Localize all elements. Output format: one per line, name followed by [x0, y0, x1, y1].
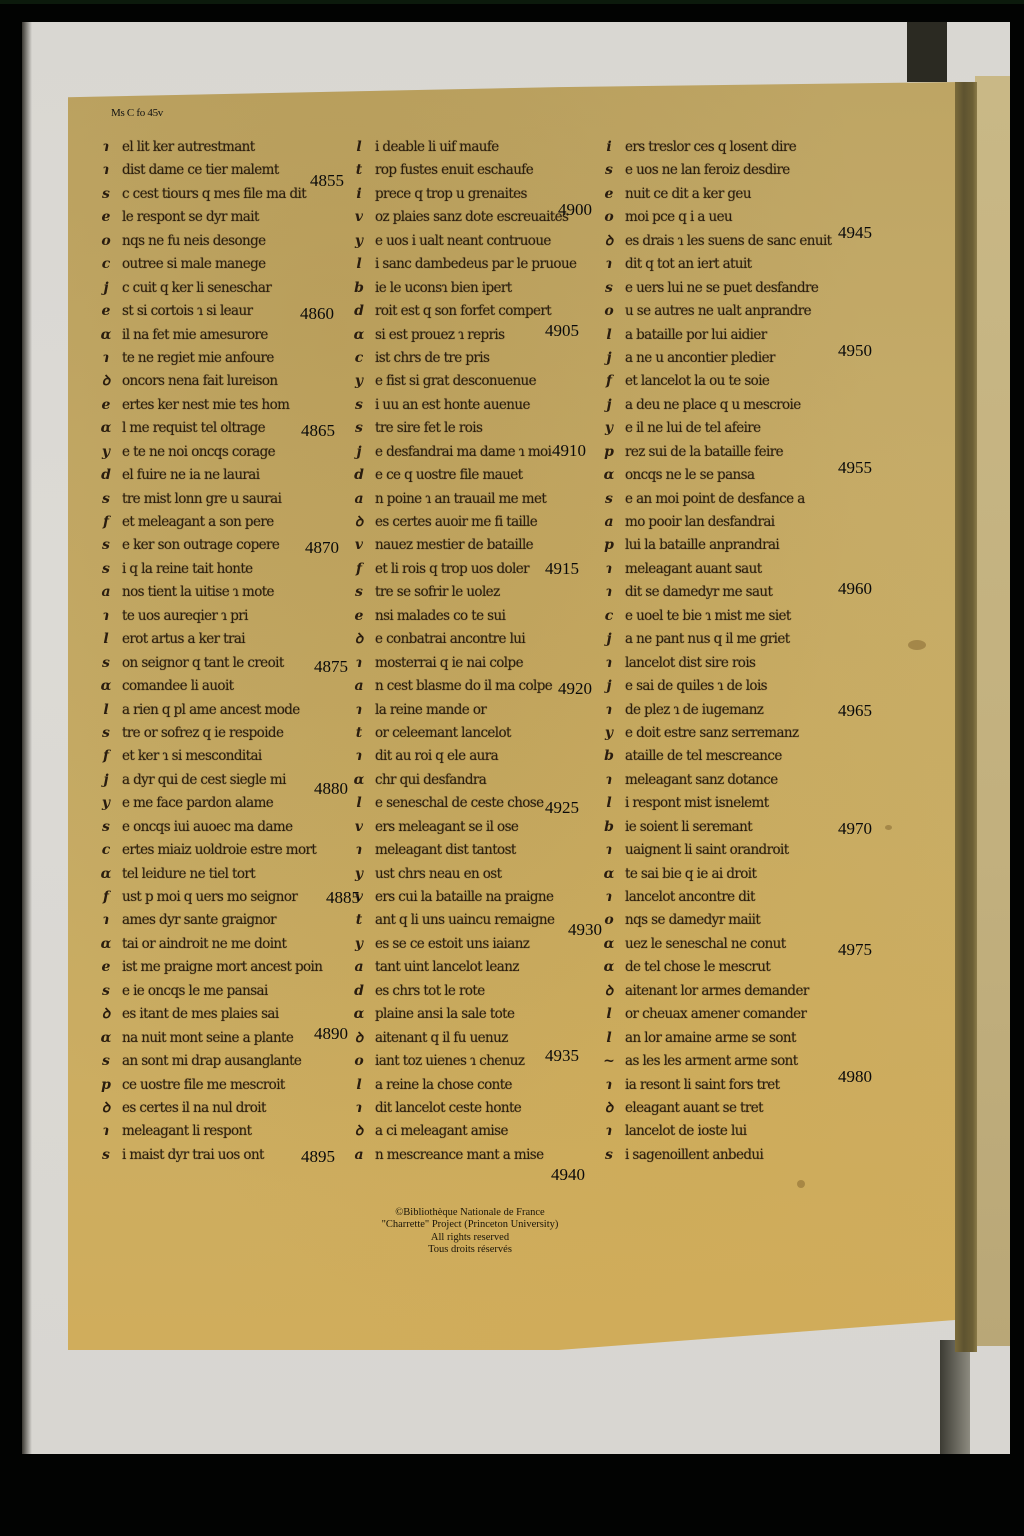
verse-line: se uos ne lan feroiz desdire	[600, 159, 830, 182]
verse-line: se uers lui ne se puet desfandre	[600, 277, 830, 300]
verse-initial: f	[97, 745, 115, 768]
copyright-notice: ©Bibliothèque Nationale de France "Charr…	[340, 1207, 600, 1256]
verse-initial: s	[97, 1144, 115, 1167]
verse-text: u se autres ne ualt anprandre	[625, 299, 811, 324]
verse-line: vnauez mestier de bataille	[350, 534, 590, 557]
verse-line: ꝺes certes il na nul droit	[97, 1097, 327, 1120]
verse-text: i q la reine tait honte	[122, 557, 253, 582]
verse-line: ꝺa ci meleagant amise	[350, 1120, 590, 1143]
verse-text: na nuit mont seine a plante	[122, 1026, 293, 1051]
verse-line: ja ne u ancontier pledier	[600, 347, 830, 370]
verse-text: e ie oncqs le me pansai	[122, 979, 268, 1004]
verse-initial: y	[350, 933, 368, 956]
verse-initial: ɿ	[350, 652, 368, 675]
binding-gutter	[955, 82, 977, 1352]
verse-line: si sagenoillent anbedui	[600, 1144, 830, 1167]
verse-line: eist me praigne mort ancest poin	[97, 956, 327, 979]
line-number: 4960	[838, 580, 872, 597]
verse-text: dit au roi q ele aura	[375, 745, 498, 770]
verse-line: cist chrs de tre pris	[350, 347, 590, 370]
verse-initial: e	[97, 394, 115, 417]
verse-line: si maist dyr trai uos ont	[97, 1144, 327, 1167]
verse-text: e ker son outrage copere	[122, 534, 279, 559]
verse-text: a reine la chose conte	[375, 1073, 512, 1098]
verse-line: omoi pce q i a ueu	[600, 206, 830, 229]
verse-line: je sai de quiles ɿ de lois	[600, 675, 830, 698]
line-number: 4930	[568, 921, 602, 938]
verse-text: tre or sofrez q ie respoide	[122, 721, 283, 746]
verse-initial: ꝺ	[97, 1003, 115, 1026]
verse-line: se oncqs iui auoec ma dame	[97, 816, 327, 839]
verse-text: ers cui la bataille na praigne	[375, 885, 553, 910]
verse-text: as les les arment arme sont	[625, 1049, 798, 1074]
verse-text: el lit ker autrestmant	[122, 135, 255, 160]
verse-line: bataille de tel mescreance	[600, 745, 830, 768]
line-number: 4935	[545, 1047, 579, 1064]
verse-initial: ꝺ	[350, 628, 368, 651]
copyright-line: ©Bibliothèque Nationale de France	[340, 1207, 600, 1219]
verse-initial: p	[600, 441, 618, 464]
verse-initial: b	[600, 745, 618, 768]
verse-text: e fist si grat desconuenue	[375, 370, 536, 395]
verse-initial: e	[97, 300, 115, 323]
verse-text: a ci meleagant amise	[375, 1120, 508, 1145]
verse-text: la reine mande or	[375, 698, 486, 723]
verse-initial: v	[350, 534, 368, 557]
verse-text: oncors nena fait lureison	[122, 370, 278, 395]
verse-line: fust p moi q uers mo seignor	[97, 886, 327, 909]
verse-text: oz plaies sanz dote escreuaites	[375, 206, 568, 231]
verse-initial: ɿ	[600, 769, 618, 792]
verse-initial: l	[600, 1003, 618, 1026]
verse-line: ɑtai or aindroit ne me doint	[97, 933, 327, 956]
verse-text: dit se damedyr me saut	[625, 581, 772, 606]
verse-line: vers meleagant se il ose	[350, 816, 590, 839]
verse-text: e il ne lui de tel afeire	[625, 417, 761, 442]
verse-text: nqs se damedyr maiit	[625, 909, 760, 934]
verse-initial: y	[600, 722, 618, 745]
verse-initial: a	[600, 511, 618, 534]
verse-initial: c	[97, 839, 115, 862]
verse-text: ust p moi q uers mo seignor	[122, 885, 297, 910]
line-number: 4920	[558, 680, 592, 697]
verse-initial: j	[600, 675, 618, 698]
verse-initial: f	[97, 511, 115, 534]
verse-line: se ie oncqs le me pansai	[97, 980, 327, 1003]
verse-initial: s	[97, 980, 115, 1003]
line-number: 4855	[310, 172, 344, 189]
verse-text: roit est q son forfet compert	[375, 299, 551, 324]
verse-initial: a	[97, 581, 115, 604]
line-number: 4865	[301, 422, 335, 439]
verse-text: n cest blasme do il ma colpe	[375, 674, 552, 699]
verse-line: ɿdit q tot an iert atuit	[600, 253, 830, 276]
verse-line: de ce q uostre file mauet	[350, 464, 590, 487]
verse-line: iers treslor ces q losent dire	[600, 136, 830, 159]
verse-line: lor cheuax amener comander	[600, 1003, 830, 1026]
verse-line: lan lor amaine arme se sont	[600, 1027, 830, 1050]
verse-text: te sai bie q ie ai droit	[625, 862, 756, 887]
verse-initial: j	[600, 347, 618, 370]
verse-text: iant toz uienes ɿ chenuz	[375, 1049, 524, 1074]
verse-initial: s	[350, 417, 368, 440]
verse-line: an mescreance mant a mise	[350, 1144, 590, 1167]
verse-line: san sont mi drap ausanglante	[97, 1050, 327, 1073]
verse-initial: l	[350, 1074, 368, 1097]
verse-text: e desfandrai ma dame ɿ moi	[375, 440, 551, 465]
verse-initial: ɿ	[600, 886, 618, 909]
verse-line: tor celeemant lancelot	[350, 722, 590, 745]
verse-line: ɿmeleagant li respont	[97, 1120, 327, 1143]
verse-line: ɑchr qui desfandra	[350, 769, 590, 792]
verse-line: ɿmosterrai q ie nai colpe	[350, 652, 590, 675]
verse-initial: f	[600, 370, 618, 393]
verse-line: ce uoel te bie ɿ mist me siet	[600, 605, 830, 628]
verse-initial: ꝺ	[600, 230, 618, 253]
verse-line: ɑoncqs ne le se pansa	[600, 464, 830, 487]
verse-text: ce uostre file me mescroit	[122, 1073, 285, 1098]
verse-line: ɿames dyr sante graignor	[97, 909, 327, 932]
verse-initial: s	[97, 534, 115, 557]
verse-initial: ɑ	[97, 863, 115, 886]
verse-line: ɿdit se damedyr me saut	[600, 581, 830, 604]
verse-text: tel leidure ne tiel tort	[122, 862, 255, 887]
verse-text: ames dyr sante graignor	[122, 909, 276, 934]
verse-initial: j	[97, 277, 115, 300]
verse-initial: ɿ	[350, 745, 368, 768]
verse-initial: ɿ	[97, 1120, 115, 1143]
verse-text: ia resont li saint fors tret	[625, 1073, 780, 1098]
verse-initial: b	[600, 816, 618, 839]
verse-initial: d	[350, 980, 368, 1003]
verse-text: e conbatrai ancontre lui	[375, 628, 525, 653]
verse-text: e doit estre sanz serremanz	[625, 721, 799, 746]
verse-text: e uos ne lan feroiz desdire	[625, 159, 790, 184]
verse-text: lancelot de ioste lui	[625, 1120, 747, 1145]
verse-text: tant uint lancelot leanz	[375, 956, 519, 981]
verse-initial: ɿ	[97, 909, 115, 932]
verse-text: moi pce q i a ueu	[625, 206, 732, 231]
verse-text: ie le uconsɿ bien ipert	[375, 276, 512, 301]
line-number: 4895	[301, 1148, 335, 1165]
verse-text: lancelot ancontre dit	[625, 885, 755, 910]
verse-initial: c	[97, 253, 115, 276]
verse-initial: l	[350, 136, 368, 159]
verse-line: ꝺeleagant auant se tret	[600, 1097, 830, 1120]
verse-line: certes miaiz uoldroie estre mort	[97, 839, 327, 862]
verse-text: le respont se dyr mait	[122, 206, 259, 231]
verse-text: lui la bataille anprandrai	[625, 534, 779, 559]
verse-line: ɑte sai bie q ie ai droit	[600, 863, 830, 886]
verse-initial: ꝺ	[600, 1097, 618, 1120]
text-column-2: li deable li uif maufetrop fustes enuit …	[350, 136, 590, 1167]
verse-initial: s	[97, 183, 115, 206]
verse-text: uaignent li saint orandroit	[625, 839, 789, 864]
project-line: "Charrette" Project (Princeton Universit…	[340, 1219, 600, 1231]
verse-text: meleagant auant saut	[625, 557, 762, 582]
verse-line: stre se sofrir le uolez	[350, 581, 590, 604]
verse-text: et lancelot la ou te soie	[625, 370, 769, 395]
verse-line: ele respont se dyr mait	[97, 206, 327, 229]
line-number: 4890	[314, 1025, 348, 1042]
verse-line: ɿlancelot de ioste lui	[600, 1120, 830, 1143]
verse-initial: f	[97, 886, 115, 909]
verse-text: es se ce estoit uns iaianz	[375, 932, 529, 957]
verse-initial: ɑ	[350, 324, 368, 347]
line-number: 4880	[314, 780, 348, 797]
verse-text: a ne pant nus q il me griet	[625, 628, 790, 653]
verse-initial: s	[97, 652, 115, 675]
verse-text: de tel chose le mescrut	[625, 956, 770, 981]
verse-line: ꝺoncors nena fait lureison	[97, 370, 327, 393]
verse-initial: a	[350, 488, 368, 511]
line-number: 4905	[545, 322, 579, 339]
verse-initial: a	[350, 1144, 368, 1167]
verse-line: ou se autres ne ualt anprandre	[600, 300, 830, 323]
verse-text: nsi malades co te sui	[375, 604, 505, 629]
verse-line: plui la bataille anprandrai	[600, 534, 830, 557]
verse-text: ie soient li seremant	[625, 815, 752, 840]
line-number: 4940	[551, 1166, 585, 1183]
verse-text: nauez mestier de bataille	[375, 534, 533, 559]
verse-text: a deu ne place q u mescroie	[625, 393, 801, 418]
verse-initial: ~	[600, 1050, 618, 1073]
verse-initial: s	[97, 558, 115, 581]
verse-initial: ꝺ	[600, 980, 618, 1003]
verse-text: e me face pardon alame	[122, 792, 273, 817]
folio-label: Ms C fo 45v	[111, 107, 163, 119]
verse-initial: ɿ	[97, 605, 115, 628]
verse-line: jc cuit q ker li seneschar	[97, 277, 327, 300]
verse-line: son seignor q tant le creoit	[97, 652, 327, 675]
line-number: 4965	[838, 702, 872, 719]
verse-initial: ɿ	[600, 253, 618, 276]
verse-line: si uu an est honte auenue	[350, 394, 590, 417]
verse-line: ye il ne lui de tel afeire	[600, 417, 830, 440]
verse-text: te ne regiet mie anfoure	[122, 346, 274, 371]
verse-text: outree si male manege	[122, 253, 266, 278]
verse-initial: ɿ	[350, 1097, 368, 1120]
verse-line: ja ne pant nus q il me griet	[600, 628, 830, 651]
line-number: 4950	[838, 342, 872, 359]
verse-line: ɿdit au roi q ele aura	[350, 745, 590, 768]
verse-initial: o	[97, 230, 115, 253]
verse-initial: s	[600, 277, 618, 300]
verse-line: fet lancelot la ou te soie	[600, 370, 830, 393]
verse-line: ɑil na fet mie amesurore	[97, 324, 327, 347]
verse-line: ɿel lit ker autrestmant	[97, 136, 327, 159]
verse-line: ɑcomandee li auoit	[97, 675, 327, 698]
verse-line: se an moi point de desfance a	[600, 488, 830, 511]
line-number: 4970	[838, 820, 872, 837]
verse-line: la bataille por lui aidier	[600, 324, 830, 347]
verse-initial: ɑ	[600, 464, 618, 487]
verse-text: nuit ce dit a ker geu	[625, 182, 751, 207]
verse-text: e uers lui ne se puet desfandre	[625, 276, 818, 301]
verse-initial: y	[97, 441, 115, 464]
verse-line: ye te ne noi oncqs corage	[97, 441, 327, 464]
line-number: 4870	[305, 539, 339, 556]
verse-text: meleagant sanz dotance	[625, 768, 778, 793]
verse-initial: ɿ	[600, 839, 618, 862]
verse-line: ɿmeleagant auant saut	[600, 558, 830, 581]
verse-initial: y	[97, 792, 115, 815]
verse-line: prez sui de la bataille feire	[600, 441, 830, 464]
verse-text: te uos aureqier ɿ pri	[122, 604, 248, 629]
verse-initial: ɿ	[97, 159, 115, 182]
verse-text: ertes miaiz uoldroie estre mort	[122, 839, 316, 864]
verse-initial: ꝺ	[97, 1097, 115, 1120]
verse-line: ja deu ne place q u mescroie	[600, 394, 830, 417]
verse-line: la reine la chose conte	[350, 1074, 590, 1097]
verse-text: es certes auoir me fi taille	[375, 510, 537, 535]
verse-initial: ɿ	[350, 839, 368, 862]
verse-text: ant q li uns uaincu remaigne	[375, 909, 554, 934]
verse-text: ust chrs neau en ost	[375, 862, 501, 887]
verse-line: ɿde plez ɿ de iugemanz	[600, 699, 830, 722]
line-number: 4925	[545, 799, 579, 816]
verse-text: si est prouez ɿ repris	[375, 323, 504, 348]
verse-line: ye fist si grat desconuenue	[350, 370, 590, 393]
verse-text: a ne u ancontier pledier	[625, 346, 775, 371]
verse-line: ɑna nuit mont seine a plante	[97, 1027, 327, 1050]
verse-text: oncqs ne le se pansa	[625, 464, 754, 489]
verse-text: i maist dyr trai uos ont	[122, 1143, 264, 1168]
verse-line: stre or sofrez q ie respoide	[97, 722, 327, 745]
verse-text: es chrs tot le rote	[375, 979, 485, 1004]
verse-text: chr qui desfandra	[375, 768, 486, 793]
verse-line: ɿla reine mande or	[350, 699, 590, 722]
verse-line: ja dyr qui de cest siegle mi	[97, 769, 327, 792]
verse-line: trop fustes enuit eschaufe	[350, 159, 590, 182]
verse-initial: i	[600, 136, 618, 159]
verse-initial: j	[350, 441, 368, 464]
verse-text: i uu an est honte auenue	[375, 393, 530, 418]
verse-initial: ꝺ	[350, 511, 368, 534]
verse-line: li respont mist isnelemt	[600, 792, 830, 815]
verse-line: bie soient li seremant	[600, 816, 830, 839]
line-number: 4910	[552, 442, 586, 459]
verse-text: i respont mist isnelemt	[625, 792, 769, 817]
adjacent-leaf-edge	[975, 76, 1010, 1346]
verse-initial: ɑ	[97, 417, 115, 440]
verse-text: e te ne noi oncqs corage	[122, 440, 275, 465]
verse-text: e uos i ualt neant contruoue	[375, 229, 551, 254]
verse-text: uez le seneschal ne conut	[625, 932, 786, 957]
verse-line: amo pooir lan desfandrai	[600, 511, 830, 534]
line-number: 4980	[838, 1068, 872, 1085]
verse-text: tre mist lonn gre u saurai	[122, 487, 281, 512]
verse-text: i sanc dambedeus par le pruoue	[375, 253, 576, 278]
verse-text: c cest tiours q mes file ma dit	[122, 182, 306, 207]
verse-line: ɑplaine ansi la sale tote	[350, 1003, 590, 1026]
verse-line: ye uos i ualt neant contruoue	[350, 230, 590, 253]
text-column-1: ɿel lit ker autrestmantɿdist dame ce tie…	[97, 136, 327, 1167]
verse-line: yes se ce estoit uns iaianz	[350, 933, 590, 956]
rights-line-en: All rights reserved	[340, 1232, 600, 1244]
verse-initial: ɑ	[350, 769, 368, 792]
verse-initial: d	[97, 464, 115, 487]
verse-text: erot artus a ker trai	[122, 628, 245, 653]
verse-line: ɿmeleagant sanz dotance	[600, 769, 830, 792]
verse-initial: f	[350, 558, 368, 581]
verse-text: de plez ɿ de iugemanz	[625, 698, 763, 723]
verse-text: es certes il na nul droit	[122, 1096, 266, 1121]
verse-initial: ɑ	[97, 1027, 115, 1050]
verse-line: ꝺes itant de mes plaies sai	[97, 1003, 327, 1026]
verse-text: or cheuax amener comander	[625, 1003, 806, 1028]
verse-initial: e	[350, 605, 368, 628]
verse-text: et meleagant a son pere	[122, 510, 274, 535]
verse-line: est si cortois ɿ si leaur	[97, 300, 327, 323]
verse-initial: c	[600, 605, 618, 628]
verse-text: rez sui de la bataille feire	[625, 440, 783, 465]
verse-initial: o	[600, 206, 618, 229]
verse-text: eleagant auant se tret	[625, 1096, 763, 1121]
verse-initial: t	[350, 159, 368, 182]
verse-line: ꝺaitenant lor armes demander	[600, 980, 830, 1003]
verse-text: prece q trop u grenaites	[375, 182, 527, 207]
verse-line: bie le uconsɿ bien ipert	[350, 277, 590, 300]
line-number: 4885	[326, 889, 360, 906]
verse-text: tre se sofrir le uolez	[375, 581, 500, 606]
verse-initial: ꝺ	[350, 1027, 368, 1050]
verse-line: li sanc dambedeus par le pruoue	[350, 253, 590, 276]
verse-line: ɿia resont li saint fors tret	[600, 1074, 830, 1097]
verse-line: fet ker ɿ si mesconditai	[97, 745, 327, 768]
verse-text: l me requist tel oltrage	[122, 417, 265, 442]
verse-text: rop fustes enuit eschaufe	[375, 159, 533, 184]
verse-text: ist me praigne mort ancest poin	[122, 956, 322, 981]
verse-initial: s	[350, 581, 368, 604]
verse-line: droit est q son forfet compert	[350, 300, 590, 323]
line-number: 4975	[838, 941, 872, 958]
verse-line: iprece q trop u grenaites	[350, 183, 590, 206]
verse-initial: y	[350, 863, 368, 886]
verse-initial: ɑ	[97, 933, 115, 956]
verse-line: vers cui la bataille na praigne	[350, 886, 590, 909]
verse-initial: y	[600, 417, 618, 440]
verse-text: a dyr qui de cest siegle mi	[122, 768, 286, 793]
verse-text: es drais ɿ les suens de sanc enuit	[625, 229, 832, 254]
verse-line: ɑuez le seneschal ne conut	[600, 933, 830, 956]
verse-text: a rien q pl ame ancest mode	[122, 698, 300, 723]
verse-text: nos tient la uitise ɿ mote	[122, 581, 274, 606]
verse-initial: s	[600, 159, 618, 182]
verse-text: es itant de mes plaies sai	[122, 1003, 279, 1028]
binding-shadow-bottom	[940, 1340, 970, 1454]
verse-text: c cuit q ker li seneschar	[122, 276, 271, 301]
verse-initial: e	[97, 956, 115, 979]
verse-line: stre sire fet le rois	[350, 417, 590, 440]
verse-text: mosterrai q ie nai colpe	[375, 651, 523, 676]
verse-initial: e	[600, 183, 618, 206]
verse-initial: ɿ	[350, 699, 368, 722]
verse-line: enuit ce dit a ker geu	[600, 183, 830, 206]
verse-initial: j	[600, 628, 618, 651]
verse-initial: ɿ	[600, 652, 618, 675]
verse-text: aitenant q il fu uenuz	[375, 1026, 508, 1051]
board-shadow	[22, 22, 32, 1454]
verse-initial: l	[350, 792, 368, 815]
verse-initial: s	[97, 488, 115, 511]
verse-text: ataille de tel mescreance	[625, 745, 782, 770]
verse-initial: y	[350, 230, 368, 253]
verse-text: lancelot dist sire rois	[625, 651, 755, 676]
verse-initial: l	[97, 628, 115, 651]
line-number: 4900	[558, 201, 592, 218]
verse-text: e uoel te bie ɿ mist me siet	[625, 604, 791, 629]
